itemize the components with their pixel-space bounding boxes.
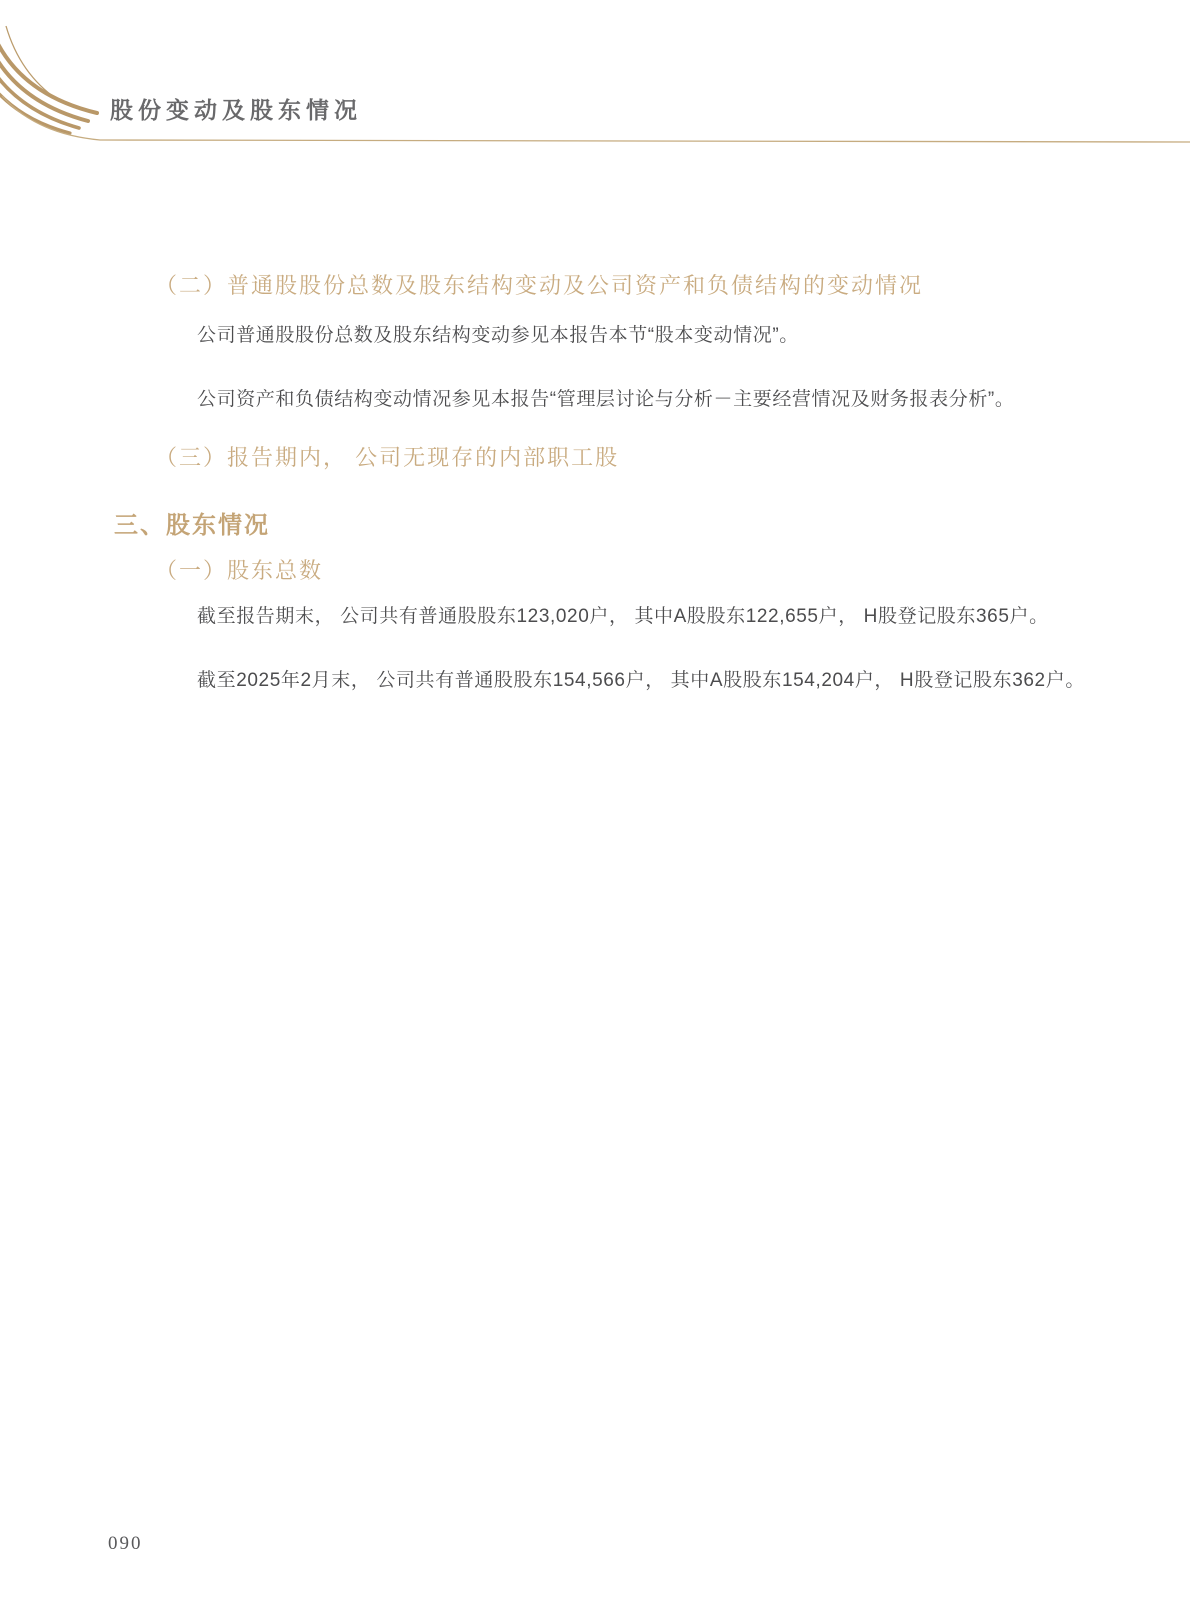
chapter-header-title: 股份变动及股东情况 [110,92,362,125]
paragraph-asset-liability-reference: 公司资产和负债结构变动情况参见本报告“管理层讨论与分析－主要经营情况及财务报表分… [197,384,1014,411]
corner-curves-decoration [0,0,1190,170]
heading-section-2: （二）普通股股份总数及股东结构变动及公司资产和负债结构的变动情况 [155,269,923,300]
heading-chapter-3-shareholders: 三、股东情况 [114,505,270,540]
paragraph-shareholder-count-period-end: 截至报告期末， 公司共有普通股股东123,020户， 其中A股股东122,655… [197,601,1049,628]
report-page: 股份变动及股东情况 （二）普通股股份总数及股东结构变动及公司资产和负债结构的变动… [0,0,1190,1615]
paragraph-shareholder-count-feb-2025: 截至2025年2月末， 公司共有普通股股东154,566户， 其中A股股东154… [197,665,1085,692]
heading-section-3: （三）报告期内， 公司无现存的内部职工股 [155,441,619,472]
page-number: 090 [108,1533,143,1555]
heading-subsection-1-shareholder-total: （一）股东总数 [155,554,323,585]
paragraph-share-total-reference: 公司普通股股份总数及股东结构变动参见本报告本节“股本变动情况”。 [197,320,799,347]
